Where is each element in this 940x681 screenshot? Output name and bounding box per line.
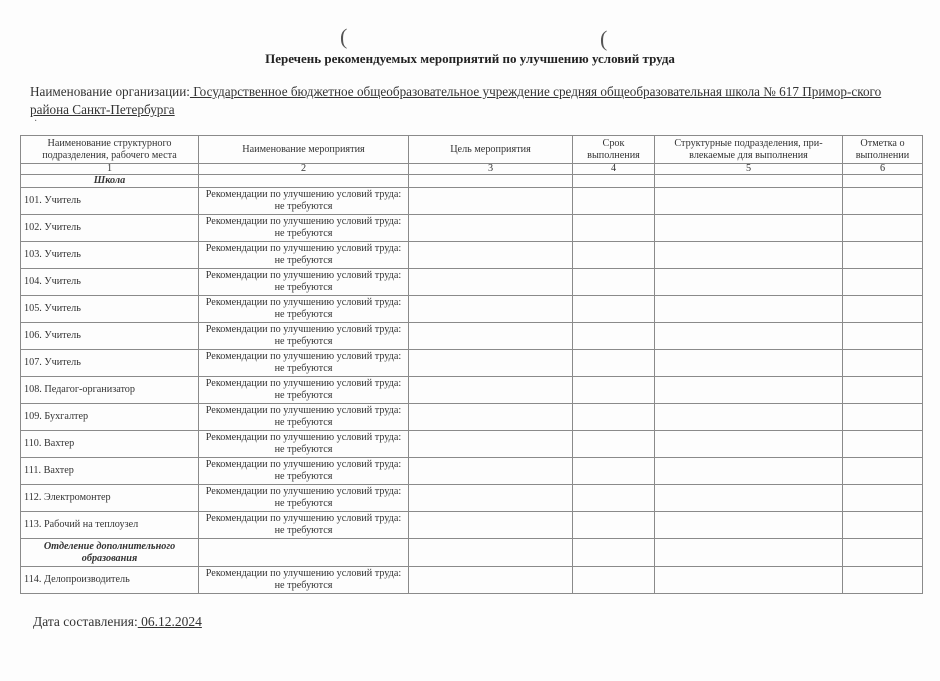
- goal-cell: [409, 431, 573, 458]
- completion-mark-cell: [843, 188, 923, 215]
- departments-cell: [655, 323, 843, 350]
- completion-mark-cell: [843, 296, 923, 323]
- workplace-cell: 112. Электромонтер: [21, 485, 199, 512]
- table-row: 110. ВахтерРекомендации по улучшению усл…: [21, 431, 923, 458]
- completion-mark-cell: [843, 323, 923, 350]
- goal-cell: [409, 458, 573, 485]
- workplace-cell: 114. Делопроизводитель: [21, 567, 199, 594]
- table-header-row: Наименование структурного подразделения,…: [21, 136, 923, 164]
- completion-mark-cell: [843, 350, 923, 377]
- deadline-cell: [573, 458, 655, 485]
- date-value: 06.12.2024: [138, 614, 202, 629]
- goal-cell: [409, 296, 573, 323]
- goal-cell: [409, 269, 573, 296]
- completion-mark-cell: [843, 215, 923, 242]
- departments-cell: [655, 512, 843, 539]
- deadline-cell: [573, 350, 655, 377]
- section-row: Школа: [21, 175, 923, 188]
- departments-cell: [655, 242, 843, 269]
- departments-cell: [655, 567, 843, 594]
- empty-cell: [199, 539, 409, 567]
- measure-cell: Рекомендации по улучшению условий труда:…: [199, 242, 409, 269]
- goal-cell: [409, 485, 573, 512]
- column-number: 3: [409, 164, 573, 175]
- workplace-cell: 108. Педагог-организатор: [21, 377, 199, 404]
- deadline-cell: [573, 323, 655, 350]
- goal-cell: [409, 215, 573, 242]
- deadline-cell: [573, 269, 655, 296]
- goal-cell: [409, 323, 573, 350]
- deadline-cell: [573, 377, 655, 404]
- empty-cell: [573, 539, 655, 567]
- workplace-cell: 104. Учитель: [21, 269, 199, 296]
- header-goal: Цель мероприятия: [409, 136, 573, 164]
- measure-cell: Рекомендации по улучшению условий труда:…: [199, 350, 409, 377]
- measure-cell: Рекомендации по улучшению условий труда:…: [199, 323, 409, 350]
- deadline-cell: [573, 188, 655, 215]
- departments-cell: [655, 296, 843, 323]
- measure-cell: Рекомендации по улучшению условий труда:…: [199, 485, 409, 512]
- departments-cell: [655, 485, 843, 512]
- completion-mark-cell: [843, 377, 923, 404]
- measure-cell: Рекомендации по улучшению условий труда:…: [199, 458, 409, 485]
- table-row: 107. УчительРекомендации по улучшению ус…: [21, 350, 923, 377]
- deadline-cell: [573, 242, 655, 269]
- table-row: 105. УчительРекомендации по улучшению ус…: [21, 296, 923, 323]
- empty-cell: [573, 175, 655, 188]
- departments-cell: [655, 377, 843, 404]
- workplace-cell: 105. Учитель: [21, 296, 199, 323]
- compilation-date-line: Дата составления: 06.12.2024: [33, 614, 202, 630]
- document-title: Перечень рекомендуемых мероприятий по ул…: [0, 51, 940, 67]
- header-completion-mark: Отметка о выполнении: [843, 136, 923, 164]
- completion-mark-cell: [843, 567, 923, 594]
- measure-cell: Рекомендации по улучшению условий труда:…: [199, 512, 409, 539]
- workplace-cell: 111. Вахтер: [21, 458, 199, 485]
- scan-dot: ·: [34, 116, 37, 127]
- table-row: 111. ВахтерРекомендации по улучшению усл…: [21, 458, 923, 485]
- measure-cell: Рекомендации по улучшению условий труда:…: [199, 567, 409, 594]
- departments-cell: [655, 458, 843, 485]
- column-numbers-row: 1 2 3 4 5 6: [21, 164, 923, 175]
- goal-cell: [409, 404, 573, 431]
- completion-mark-cell: [843, 458, 923, 485]
- departments-cell: [655, 404, 843, 431]
- workplace-cell: 102. Учитель: [21, 215, 199, 242]
- completion-mark-cell: [843, 485, 923, 512]
- column-number: 2: [199, 164, 409, 175]
- header-workplace: Наименование структурного подразделения,…: [21, 136, 199, 164]
- goal-cell: [409, 567, 573, 594]
- departments-cell: [655, 431, 843, 458]
- workplace-cell: 109. Бухгалтер: [21, 404, 199, 431]
- completion-mark-cell: [843, 269, 923, 296]
- deadline-cell: [573, 431, 655, 458]
- goal-cell: [409, 377, 573, 404]
- column-number: 4: [573, 164, 655, 175]
- column-number: 5: [655, 164, 843, 175]
- deadline-cell: [573, 512, 655, 539]
- workplace-cell: 103. Учитель: [21, 242, 199, 269]
- departments-cell: [655, 269, 843, 296]
- goal-cell: [409, 512, 573, 539]
- workplace-cell: 110. Вахтер: [21, 431, 199, 458]
- deadline-cell: [573, 567, 655, 594]
- table-row: 114. ДелопроизводительРекомендации по ул…: [21, 567, 923, 594]
- empty-cell: [655, 539, 843, 567]
- deadline-cell: [573, 215, 655, 242]
- column-number: 1: [21, 164, 199, 175]
- workplace-cell: 113. Рабочий на теплоузел: [21, 512, 199, 539]
- measures-table: Наименование структурного подразделения,…: [20, 135, 923, 594]
- table-row: 102. УчительРекомендации по улучшению ус…: [21, 215, 923, 242]
- completion-mark-cell: [843, 404, 923, 431]
- empty-cell: [843, 175, 923, 188]
- completion-mark-cell: [843, 512, 923, 539]
- organization-line: Наименование организации: Государственно…: [30, 83, 910, 119]
- organization-label: Наименование организации:: [30, 84, 190, 99]
- deadline-cell: [573, 296, 655, 323]
- departments-cell: [655, 350, 843, 377]
- table-row: 101. УчительРекомендации по улучшению ус…: [21, 188, 923, 215]
- date-label: Дата составления:: [33, 614, 138, 629]
- departments-cell: [655, 188, 843, 215]
- empty-cell: [843, 539, 923, 567]
- measure-cell: Рекомендации по улучшению условий труда:…: [199, 431, 409, 458]
- completion-mark-cell: [843, 242, 923, 269]
- table-row: 112. ЭлектромонтерРекомендации по улучше…: [21, 485, 923, 512]
- measure-cell: Рекомендации по улучшению условий труда:…: [199, 404, 409, 431]
- empty-cell: [199, 175, 409, 188]
- header-measure: Наименование мероприятия: [199, 136, 409, 164]
- deadline-cell: [573, 404, 655, 431]
- table-row: 113. Рабочий на теплоузелРекомендации по…: [21, 512, 923, 539]
- table-row: 109. БухгалтерРекомендации по улучшению …: [21, 404, 923, 431]
- column-number: 6: [843, 164, 923, 175]
- measure-cell: Рекомендации по улучшению условий труда:…: [199, 215, 409, 242]
- measure-cell: Рекомендации по улучшению условий труда:…: [199, 377, 409, 404]
- measure-cell: Рекомендации по улучшению условий труда:…: [199, 269, 409, 296]
- empty-cell: [409, 175, 573, 188]
- section-row: Отделение дополнительного образования: [21, 539, 923, 567]
- departments-cell: [655, 215, 843, 242]
- workplace-cell: 101. Учитель: [21, 188, 199, 215]
- measure-cell: Рекомендации по улучшению условий труда:…: [199, 296, 409, 323]
- table-row: 104. УчительРекомендации по улучшению ус…: [21, 269, 923, 296]
- empty-cell: [655, 175, 843, 188]
- table-row: 106. УчительРекомендации по улучшению ус…: [21, 323, 923, 350]
- workplace-cell: 106. Учитель: [21, 323, 199, 350]
- goal-cell: [409, 188, 573, 215]
- table-row: 103. УчительРекомендации по улучшению ус…: [21, 242, 923, 269]
- scan-mark: (: [600, 26, 607, 52]
- section-name: Отделение дополнительного образования: [21, 539, 199, 567]
- goal-cell: [409, 242, 573, 269]
- section-name: Школа: [21, 175, 199, 188]
- header-departments: Структурные подразделения, при-влекаемые…: [655, 136, 843, 164]
- measure-cell: Рекомендации по улучшению условий труда:…: [199, 188, 409, 215]
- goal-cell: [409, 350, 573, 377]
- table-row: 108. Педагог-организаторРекомендации по …: [21, 377, 923, 404]
- workplace-cell: 107. Учитель: [21, 350, 199, 377]
- deadline-cell: [573, 485, 655, 512]
- completion-mark-cell: [843, 431, 923, 458]
- scan-mark: (: [340, 24, 347, 50]
- header-deadline: Срок выполнения: [573, 136, 655, 164]
- empty-cell: [409, 539, 573, 567]
